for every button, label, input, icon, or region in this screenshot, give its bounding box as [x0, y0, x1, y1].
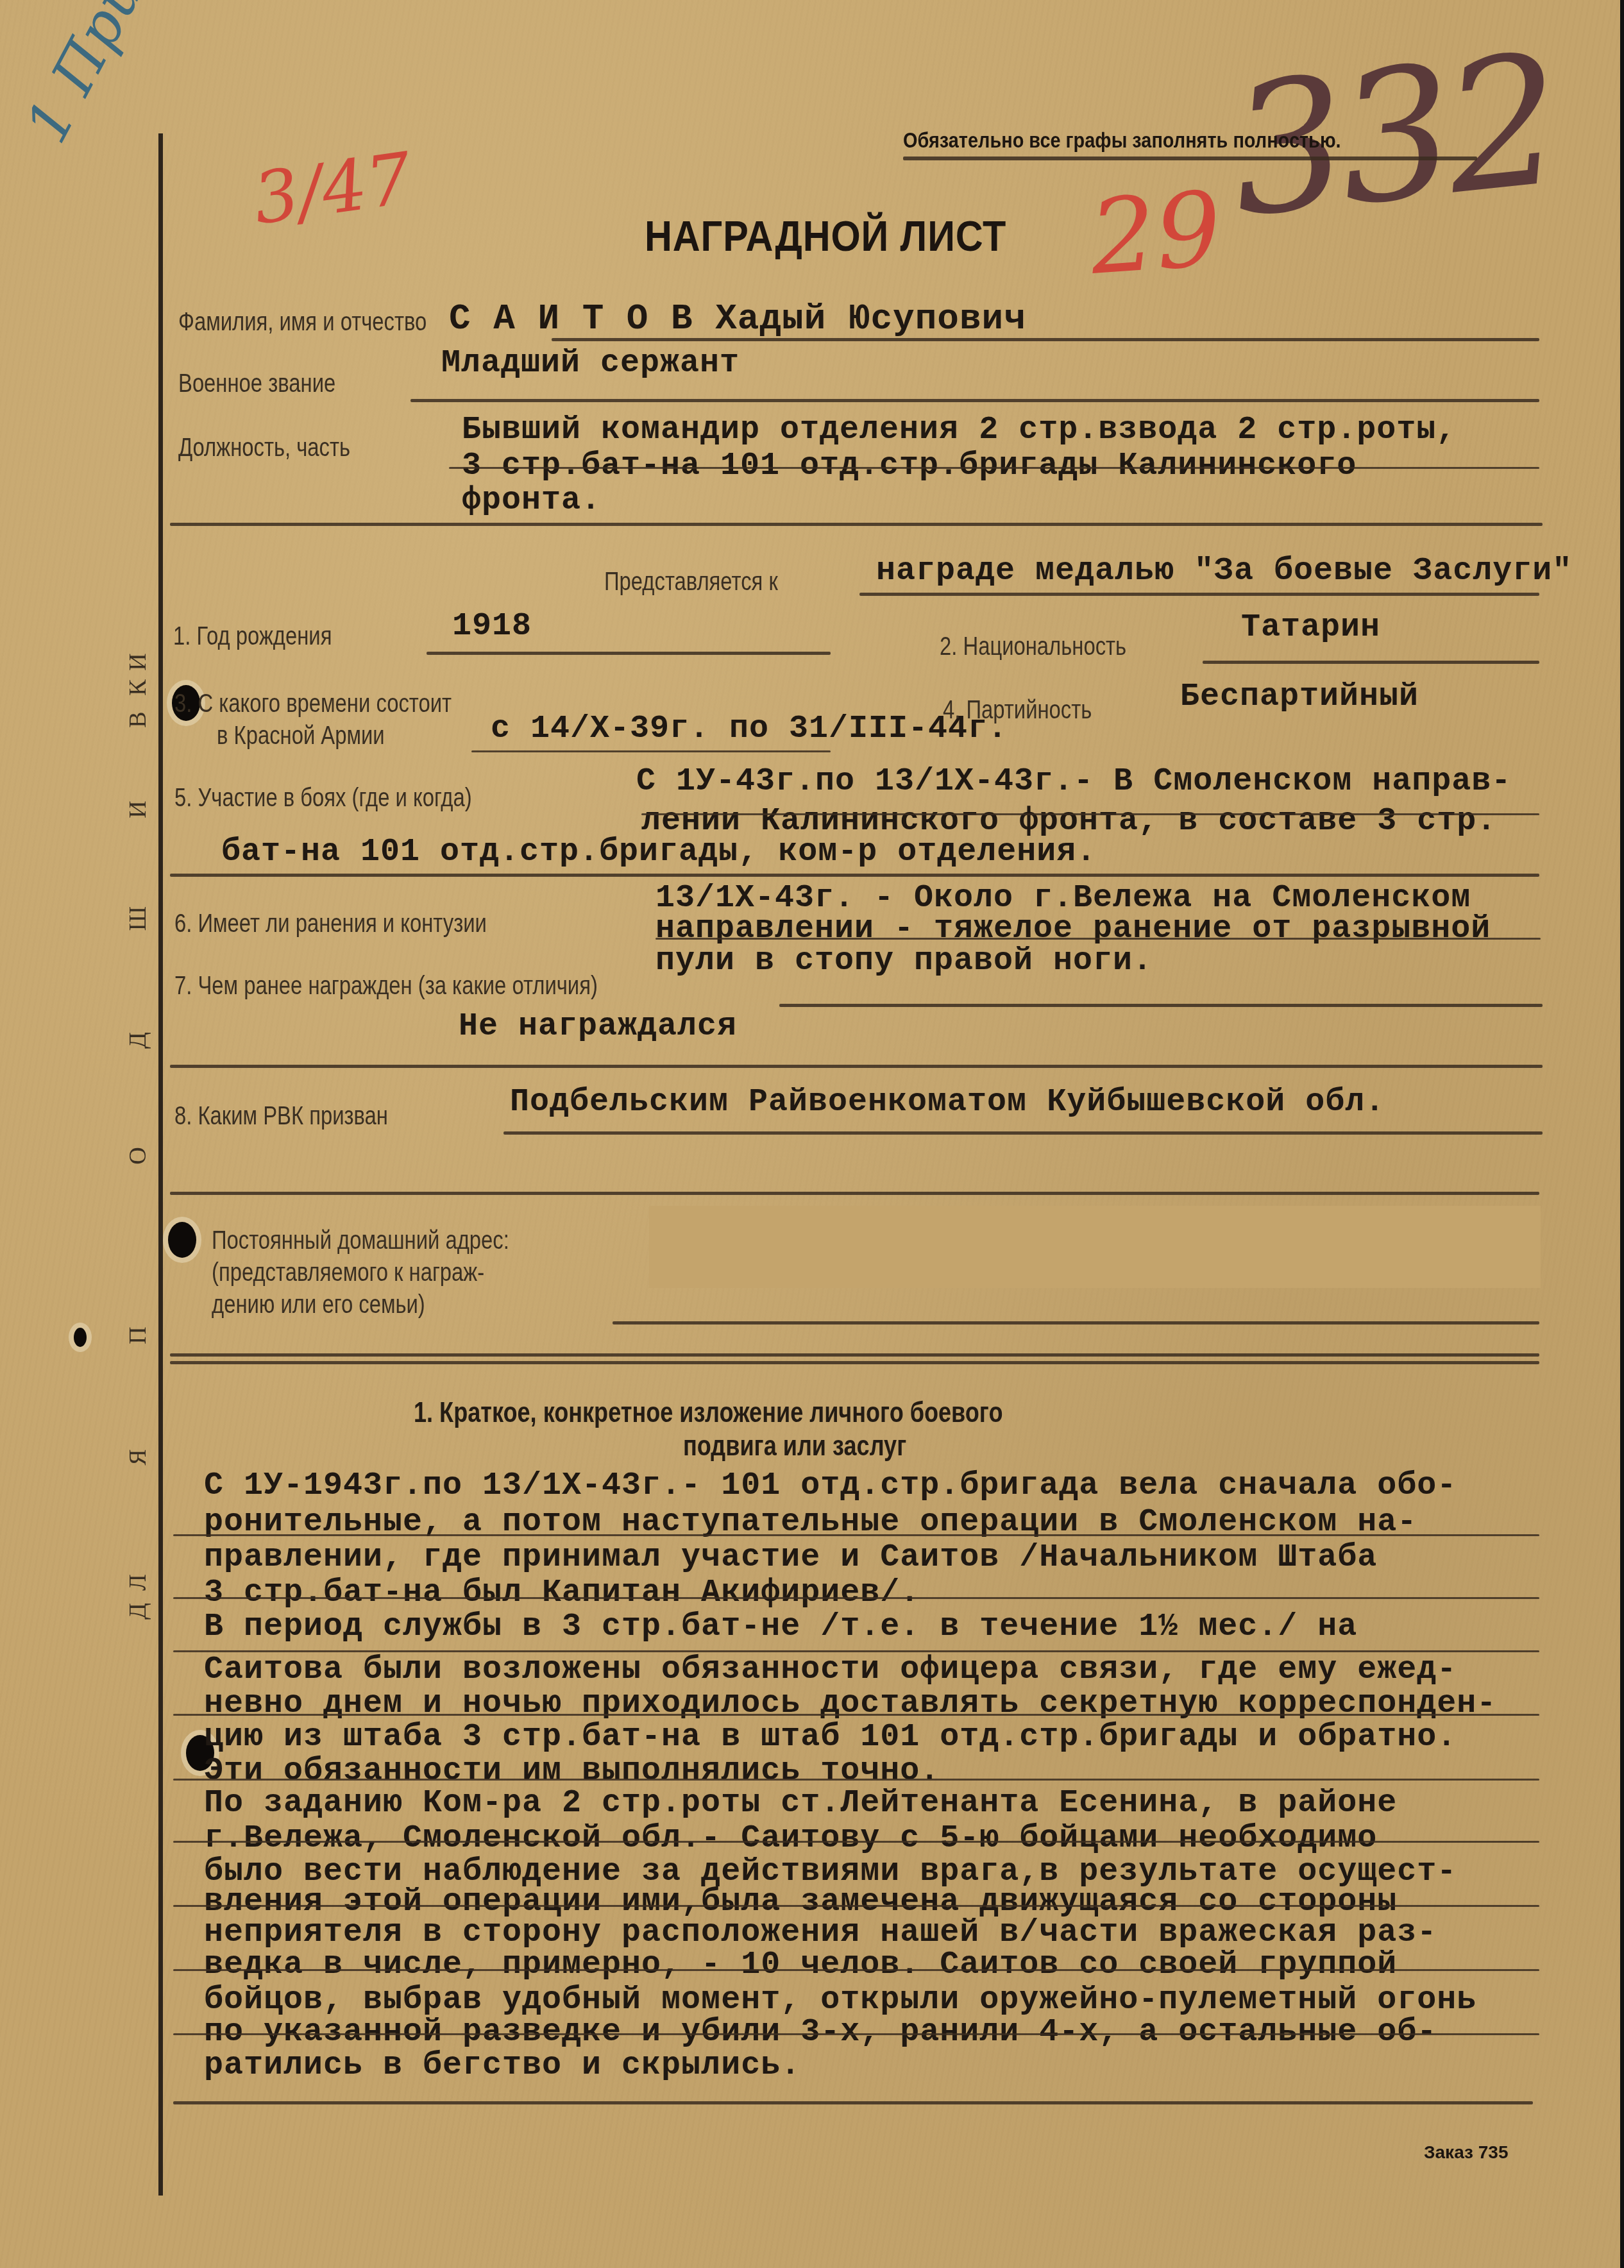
- battles-line-3: бат-на 101 отд.стр.бригады, ком-р отделе…: [221, 834, 1096, 870]
- nominated-label: Представляется к: [604, 568, 778, 597]
- side-letter: О: [124, 1143, 152, 1169]
- feat-line: ведка в числе, примерно, - 10 челов. Саи…: [204, 1947, 1397, 1983]
- feat-line: правлении, где принимал участие и Саитов…: [204, 1539, 1377, 1576]
- wounds-label: 6. Имеет ли ранения и контузии: [174, 910, 487, 938]
- feat-line: по указанной разведке и убили 3-х, ранил…: [204, 2014, 1437, 2051]
- wounds-line-3: пули в стопу правой ноги.: [656, 943, 1153, 979]
- side-letter: Д: [124, 1028, 152, 1053]
- rank-line: [410, 399, 1539, 402]
- punch-hole: [74, 1328, 87, 1347]
- feat-line: невно днем и ночью приходилось доставлят…: [204, 1686, 1496, 1722]
- red-handwritten-mark: 3/47: [248, 137, 416, 240]
- battles-line-1: С 1У-43г.по 13/1Х-43г.- В Смоленском нап…: [636, 763, 1511, 800]
- previous-awards-value: Не награждался: [459, 1008, 737, 1045]
- feat-line: цию из штаба 3 стр.бат-на в штаб 101 отд…: [204, 1719, 1457, 1756]
- previous-awards-label: 7. Чем ранее награжден (за какие отличия…: [174, 972, 598, 1001]
- rvk-label: 8. Каким РВК призван: [174, 1102, 388, 1131]
- previous-awards-line-b: [170, 1065, 1543, 1068]
- section-divider-a: [170, 1353, 1539, 1357]
- home-address-label-1: Постоянный домашний адрес:: [212, 1226, 509, 1255]
- feat-line: Саитова были возложены обязанности офице…: [204, 1652, 1457, 1688]
- scan-edge: [1620, 0, 1624, 2268]
- feat-line: В период службы в 3 стр.бат-не /т.е. в т…: [204, 1609, 1357, 1645]
- position-label: Должность, часть: [178, 434, 350, 462]
- birth-year-line: [427, 652, 831, 655]
- order-number: Заказ 735: [1424, 2142, 1508, 2163]
- birth-year-label: 1. Год рождения: [173, 622, 332, 651]
- feat-line: бойцов, выбрав удобный момент, открыли о…: [204, 1982, 1476, 2018]
- rvk-line-b: [170, 1192, 1539, 1195]
- full-name-value: С А И Т О В Хадый Юсупович: [449, 298, 1026, 339]
- feat-line: 3 стр.бат-на был Капитан Акифириев/.: [204, 1575, 920, 1611]
- feat-rule: [173, 1714, 1539, 1716]
- feat-line: С 1У-1943г.по 13/1Х-43г.- 101 отд.стр.бр…: [204, 1468, 1457, 1504]
- red-handwritten-number: 29: [1087, 169, 1225, 298]
- side-letter: П: [124, 1323, 152, 1348]
- feat-rule: [173, 1841, 1539, 1843]
- side-letter: К: [124, 675, 152, 700]
- position-line-2: 3 стр.бат-на 101 отд.стр.бригады Калинин…: [462, 448, 1357, 484]
- handwritten-annex-note: 1 Прил.: [13, 0, 182, 153]
- feat-rule: [173, 1597, 1539, 1599]
- position-line-b: [170, 523, 1543, 526]
- home-address-label-2: (представляемого к награж-: [212, 1258, 484, 1287]
- full-name-label: Фамилия, имя и отчество: [178, 308, 427, 337]
- feat-line: ратились в бегство и скрылись.: [204, 2047, 800, 2084]
- section-divider-b: [170, 1361, 1539, 1364]
- battles-line-b: [170, 874, 1539, 877]
- feat-heading-line-2: подвига или заслуг: [683, 1430, 906, 1462]
- punch-hole: [168, 1222, 196, 1258]
- feat-rule: [173, 1969, 1539, 1971]
- party-value: Беспартийный: [1180, 679, 1419, 715]
- home-address-line: [613, 1321, 1539, 1324]
- home-address-redacted: [649, 1206, 1541, 1288]
- feat-rule: [173, 1779, 1539, 1781]
- position-line-3: фронта.: [462, 482, 601, 519]
- home-address-label-3: дению или его семьи): [212, 1291, 425, 1319]
- service-since-value: с 14/X-39г. по 31/III-44г.: [491, 711, 1008, 747]
- service-since-label-2: в Красной Армии: [217, 722, 385, 750]
- feat-rule-end: [173, 2101, 1533, 2104]
- feat-rule: [173, 1534, 1539, 1536]
- document-title: НАГРАДНОЙ ЛИСТ: [645, 212, 1006, 260]
- side-letter: Ш: [124, 906, 152, 931]
- feat-rule: [173, 1650, 1539, 1652]
- rvk-value: Подбельским Райвоенкоматом Куйбышевской …: [510, 1084, 1385, 1121]
- feat-rule: [173, 1905, 1539, 1907]
- feat-line: По заданию Ком-ра 2 стр.роты ст.Лейтенан…: [204, 1785, 1397, 1822]
- service-since-line: [471, 750, 831, 752]
- rank-label: Военное звание: [178, 369, 335, 398]
- feat-line: г.Вележа, Смоленской обл.- Саитову с 5-ю…: [204, 1820, 1377, 1857]
- feat-rule: [173, 2033, 1539, 2035]
- side-letter: Л: [124, 1570, 152, 1595]
- full-name-line: [552, 338, 1539, 341]
- nominated-value: награде медалью "За боевые Заслуги": [876, 553, 1572, 589]
- previous-awards-line-a: [779, 1004, 1543, 1007]
- wounds-line-2: направлении - тяжелое ранение от разрывн…: [656, 911, 1491, 947]
- party-label: 4. Партийность: [943, 696, 1092, 725]
- feat-heading-line-1: 1. Краткое, конкретное изложение личного…: [414, 1397, 1002, 1429]
- rank-value: Младший сержант: [441, 345, 740, 382]
- side-letter: Я: [124, 1444, 152, 1470]
- feat-line: Эти обязанности им выполнялись точно.: [204, 1753, 940, 1790]
- side-letter: И: [124, 649, 152, 675]
- margin-vertical-line: [158, 133, 163, 2196]
- service-since-label-1: 3. С какого времени состоит: [174, 690, 452, 718]
- side-letter: И: [124, 797, 152, 822]
- instruction-underline: [903, 157, 1477, 160]
- rvk-line-a: [503, 1131, 1543, 1135]
- nationality-label: 2. Национальность: [940, 632, 1126, 661]
- nationality-line: [1203, 661, 1539, 664]
- wounds-line: [656, 938, 1541, 940]
- nominated-line: [859, 593, 1539, 596]
- side-letter: В: [124, 707, 152, 732]
- position-line-1: Бывший командир отделения 2 стр.взвода 2…: [462, 412, 1456, 448]
- side-letter: Д: [124, 1598, 152, 1624]
- feat-line: неприятеля в сторону расположения нашей …: [204, 1915, 1437, 1951]
- battles-line-a: [641, 813, 1539, 815]
- birth-year-value: 1918: [452, 608, 532, 645]
- position-line-a: [449, 467, 1539, 469]
- battles-label: 5. Участие в боях (где и когда): [174, 784, 472, 813]
- instruction-note: Обязательно все графы заполнять полность…: [903, 128, 1341, 153]
- nationality-value: Татарин: [1241, 609, 1380, 646]
